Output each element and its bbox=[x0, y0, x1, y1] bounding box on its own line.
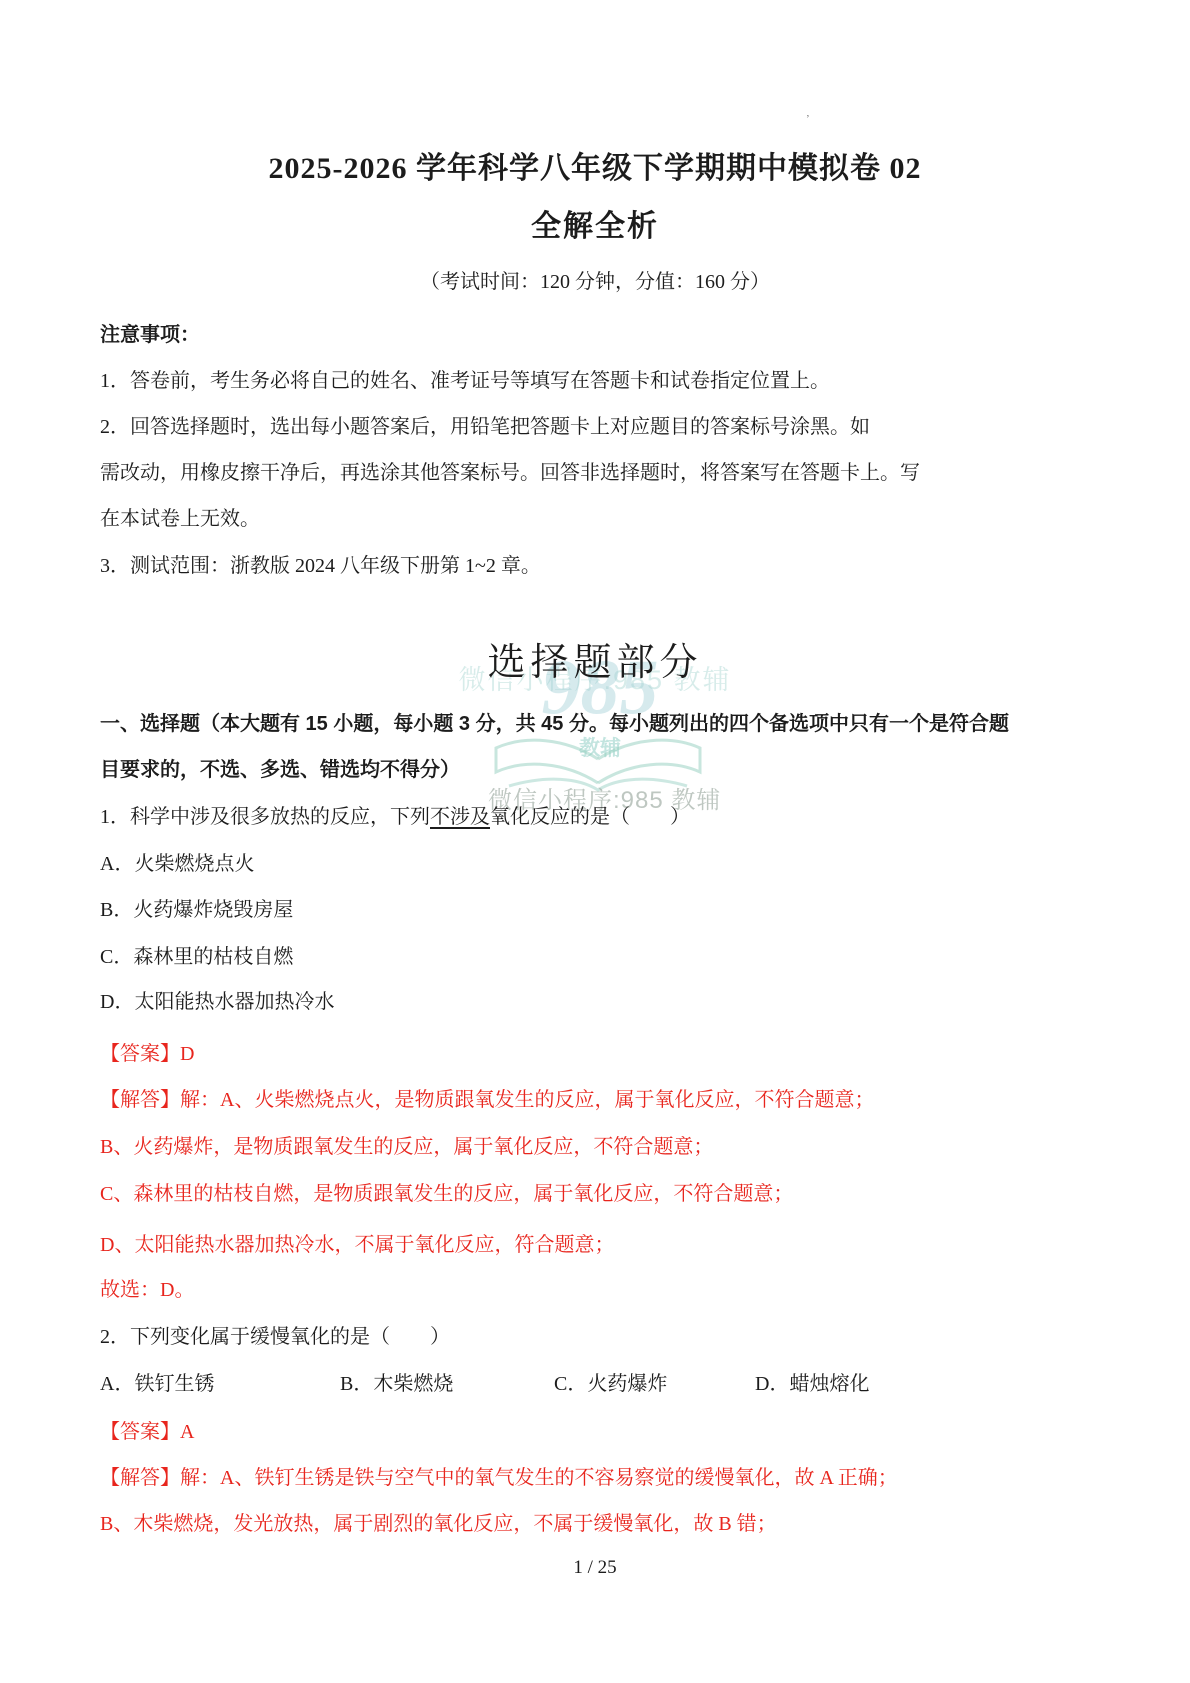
q1-stem-suffix: 氧化反应的是（ ） bbox=[490, 806, 690, 828]
q2-option-d: D．蜡烛熔化 bbox=[755, 1372, 869, 1397]
q2-explanation-line: 【解答】解：A、铁钉生锈是铁与空气中的氧气发生的不容易察觉的缓慢氧化，故 A 正… bbox=[100, 1466, 898, 1491]
stray-scan-mark: ʼ bbox=[806, 113, 810, 127]
q1-option-b: B．火药爆炸烧毁房屋 bbox=[100, 898, 293, 923]
note-line: 在本试卷上无效。 bbox=[100, 507, 260, 532]
q2-explanation-line: B、木柴燃烧，发光放热，属于剧烈的氧化反应，不属于缓慢氧化，故 B 错； bbox=[100, 1512, 777, 1537]
watermark-jiaofu-label: 教辅 bbox=[560, 736, 640, 762]
section-intro-line: 目要求的，不选、多选、错选均不得分） bbox=[100, 758, 460, 783]
note-line: 需改动，用橡皮擦干净后，再选涂其他答案标号。回答非选择题时，将答案写在答题卡上。… bbox=[100, 461, 920, 486]
q1-option-d: D．太阳能热水器加热冷水 bbox=[100, 990, 334, 1015]
q1-stem-prefix: 1．科学中涉及很多放热的反应，下列 bbox=[100, 806, 430, 828]
q1-conclusion: 故选：D。 bbox=[100, 1278, 194, 1303]
note-line: 2．回答选择题时，选出每小题答案后，用铅笔把答题卡上对应题目的答案标号涂黑。如 bbox=[100, 415, 870, 440]
q1-answer: 【答案】D bbox=[100, 1042, 194, 1067]
exam-paper-page: 微信小程序:985 教辅 985 教辅 微信小程序:985 教辅 ʼ 2025-… bbox=[0, 0, 1190, 1683]
section-title: 选择题部分 bbox=[0, 640, 1190, 688]
note-line: 1．答卷前，考生务必将自己的姓名、准考证号等填写在答题卡和试卷指定位置上。 bbox=[100, 369, 830, 394]
q1-explanation-line: B、火药爆炸，是物质跟氧发生的反应，属于氧化反应，不符合题意； bbox=[100, 1135, 713, 1160]
q1-stem-underlined: 不涉及 bbox=[430, 806, 490, 828]
q2-option-b: B．木柴燃烧 bbox=[340, 1372, 554, 1397]
section-intro-line: 一、选择题（本大题有 15 小题，每小题 3 分，共 45 分。每小题列出的四个… bbox=[100, 712, 1009, 737]
question-2-stem: 2．下列变化属于缓慢氧化的是（ ） bbox=[100, 1325, 450, 1350]
q2-option-c: C．火药爆炸 bbox=[554, 1372, 755, 1397]
q2-option-a: A．铁钉生锈 bbox=[100, 1372, 340, 1397]
open-book-icon bbox=[487, 733, 709, 801]
paper-subtitle: 全解全析 bbox=[0, 208, 1190, 246]
q2-options-row: A．铁钉生锈B．木柴燃烧C．火药爆炸D．蜡烛熔化 bbox=[100, 1372, 1090, 1397]
q1-explanation-line: D、太阳能热水器加热冷水，不属于氧化反应，符合题意； bbox=[100, 1233, 614, 1258]
q1-option-a: A．火柴燃烧点火 bbox=[100, 852, 254, 877]
exam-time-info: （考试时间：120 分钟，分值：160 分） bbox=[0, 270, 1190, 295]
question-1-stem: 1．科学中涉及很多放热的反应，下列不涉及氧化反应的是（ ） bbox=[100, 805, 690, 830]
q1-explanation-line: C、森林里的枯枝自燃，是物质跟氧发生的反应，属于氧化反应，不符合题意； bbox=[100, 1182, 793, 1207]
notes-heading: 注意事项： bbox=[100, 323, 200, 348]
note-line: 3．测试范围：浙教版 2024 八年级下册第 1~2 章。 bbox=[100, 554, 541, 579]
q2-answer: 【答案】A bbox=[100, 1420, 194, 1445]
q1-option-c: C．森林里的枯枝自燃 bbox=[100, 945, 293, 970]
paper-title: 2025-2026 学年科学八年级下学期期中模拟卷 02 bbox=[0, 150, 1190, 188]
page-number: 1 / 25 bbox=[0, 1556, 1190, 1580]
q1-explanation-line: 【解答】解：A、火柴燃烧点火，是物质跟氧发生的反应，属于氧化反应，不符合题意； bbox=[100, 1088, 874, 1113]
